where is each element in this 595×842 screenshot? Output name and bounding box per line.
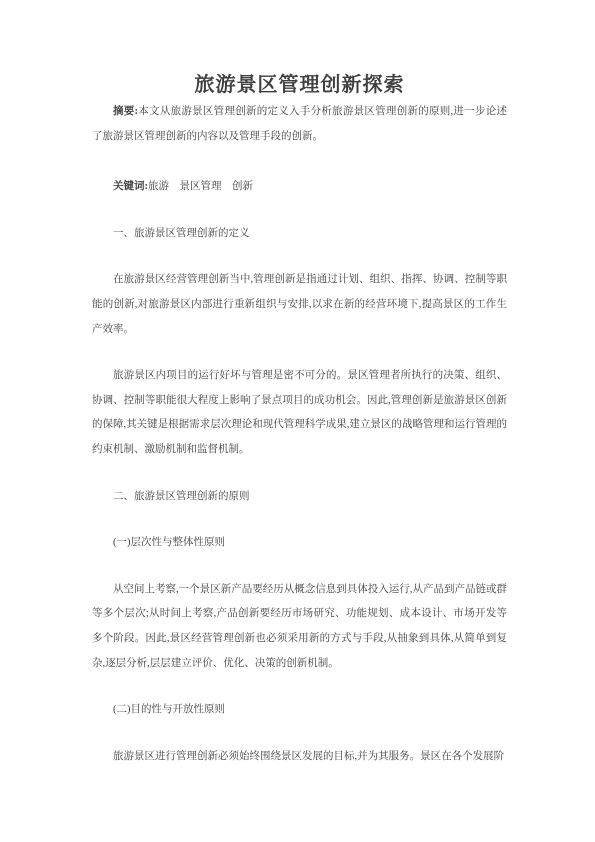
abstract-text: 本文从旅游景区管理创新的定义入手分析旅游景区管理创新的原则,进一步论述了旅游景区… xyxy=(92,106,507,142)
section-1-paragraph-2: 旅游景区内项目的运行好坏与管理是密不可分的。景区管理者所执行的决策、组织、协调、… xyxy=(92,364,507,462)
abstract-label: 摘要: xyxy=(113,106,138,117)
subsection-2-2-paragraph-truncated: 旅游景区进行管理创新必须始终围绕景区发展的目标,并为其服务。景区在各个发展阶 xyxy=(92,745,507,770)
section-2-heading: 二、旅游景区管理创新的原则 xyxy=(92,485,507,510)
abstract-paragraph: 摘要:本文从旅游景区管理创新的定义入手分析旅游景区管理创新的原则,进一步论述了旅… xyxy=(92,100,507,149)
document-page: 旅游景区管理创新探索 摘要:本文从旅游景区管理创新的定义入手分析旅游景区管理创新… xyxy=(0,0,595,842)
section-1-paragraph-1: 在旅游景区经营管理创新当中,管理创新是指通过计划、组织、指挥、协调、控制等职能的… xyxy=(92,268,507,342)
keywords-paragraph: 关键词:旅游 景区管理 创新 xyxy=(92,175,507,200)
keywords-text: 旅游 景区管理 创新 xyxy=(148,181,253,192)
keywords-label: 关键词: xyxy=(113,181,148,192)
subsection-2-1-heading: (一)层次性与整体性原则 xyxy=(92,531,507,556)
subsection-2-1-paragraph: 从空间上考察,一个景区新产品要经历从概念信息到具体投入运行,从产品到产品链或群等… xyxy=(92,578,507,676)
document-title: 旅游景区管理创新探索 xyxy=(92,72,507,98)
subsection-2-2-heading: (二)目的性与开放性原则 xyxy=(92,698,507,723)
section-1-heading: 一、旅游景区管理创新的定义 xyxy=(92,222,507,247)
